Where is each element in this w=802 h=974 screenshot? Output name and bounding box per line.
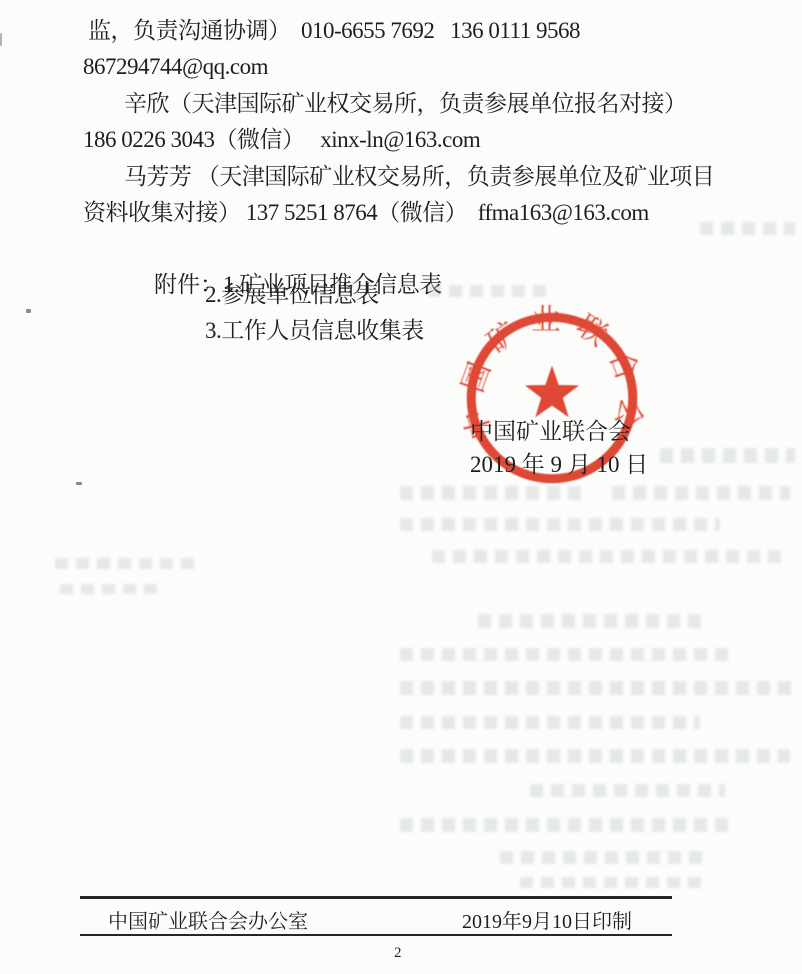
bleedthrough-artifact xyxy=(428,285,546,297)
footer-office: 中国矿业联合会办公室 xyxy=(108,905,308,934)
footer-rule-top xyxy=(80,896,672,899)
bleedthrough-artifact xyxy=(700,222,795,235)
bleedthrough-artifact xyxy=(400,716,700,729)
scan-speck-artifact xyxy=(26,309,31,313)
body-line: 186 0226 3043（微信） xinx-ln@163.com xyxy=(83,127,480,153)
bleedthrough-artifact xyxy=(400,681,795,695)
attachment-item: 3.工作人员信息收集表 xyxy=(205,318,424,344)
body-line: 监，负责沟通协调） 010-6655 7692 136 0111 9568 xyxy=(88,18,580,44)
scanned-document-page: 监，负责沟通协调） 010-6655 7692 136 0111 9568 86… xyxy=(0,0,802,974)
bleedthrough-artifact xyxy=(55,558,195,569)
attachment-item: 2.参展单位信息表 xyxy=(205,282,379,308)
bleedthrough-artifact xyxy=(478,614,703,628)
footer-print-date: 2019年9月10日印制 xyxy=(462,905,632,934)
body-line: 辛欣（天津国际矿业权交易所，负责参展单位报名对接） xyxy=(124,91,687,117)
bleedthrough-artifact xyxy=(660,448,795,463)
bleedthrough-artifact xyxy=(400,518,720,531)
signature-date: 2019 年 9 月 10 日 xyxy=(470,446,648,479)
body-line: 867294744@qq.com xyxy=(83,54,268,80)
page-number: 2 xyxy=(394,945,402,962)
bleedthrough-artifact xyxy=(432,550,787,563)
bleedthrough-artifact xyxy=(400,648,730,661)
seal-star-icon xyxy=(525,366,579,418)
bleedthrough-artifact xyxy=(400,749,790,763)
signature-organization: 中国矿业联合会 xyxy=(470,413,631,446)
bleedthrough-artifact xyxy=(520,877,705,888)
scan-speck-artifact xyxy=(76,482,82,485)
body-line: 马芳芳 （天津国际矿业权交易所，负责参展单位及矿业项目 xyxy=(124,164,714,190)
footer-rule-bottom xyxy=(80,934,672,936)
body-line: 资料收集对接） 137 5251 8764（微信） ffma163@163.co… xyxy=(83,200,649,226)
bleedthrough-artifact xyxy=(400,818,730,832)
bleedthrough-artifact xyxy=(530,784,725,797)
bleedthrough-artifact xyxy=(500,851,710,864)
bleedthrough-artifact xyxy=(60,584,160,594)
scan-speck-artifact xyxy=(0,33,2,46)
